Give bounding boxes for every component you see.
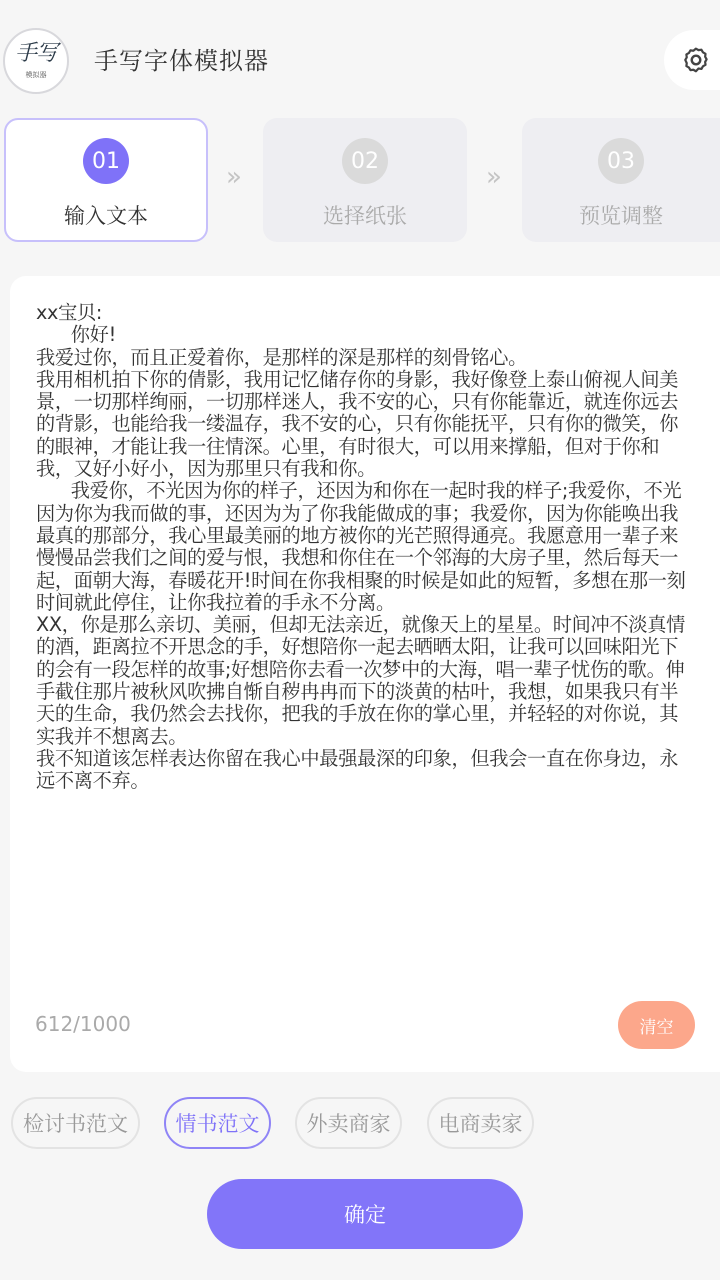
step-label: 输入文本 xyxy=(64,200,148,230)
step-preview-adjust[interactable]: 03 预览调整 xyxy=(522,118,720,242)
step-indicator: 01 输入文本 » 02 选择纸张 » 03 预览调整 xyxy=(0,118,720,242)
logo-subtext: 模拟器 xyxy=(26,70,47,80)
app-logo: 手写 模拟器 xyxy=(3,28,69,94)
double-chevron-right-icon: » xyxy=(474,162,514,192)
chip-love-letter[interactable]: 情书范文 xyxy=(164,1097,271,1149)
chip-food-delivery[interactable]: 外卖商家 xyxy=(295,1097,402,1149)
text-editor-card: xx宝贝: 你好! 我爱过你，而且正爱着你，是那样的深是那样的刻骨铭心。 我用相… xyxy=(10,276,720,1072)
app-header: 手写 模拟器 手写字体模拟器 xyxy=(0,0,720,110)
app-title: 手写字体模拟器 xyxy=(94,44,269,78)
character-counter: 612/1000 xyxy=(35,1012,131,1036)
step-label: 选择纸张 xyxy=(323,200,407,230)
step-number: 02 xyxy=(342,138,388,184)
step-input-text[interactable]: 01 输入文本 xyxy=(4,118,208,242)
step-label: 预览调整 xyxy=(579,200,663,230)
step-number: 01 xyxy=(83,138,129,184)
text-input-area[interactable]: xx宝贝: 你好! 我爱过你，而且正爱着你，是那样的深是那样的刻骨铭心。 我用相… xyxy=(36,302,696,992)
gear-icon xyxy=(680,44,712,76)
chip-ecommerce-seller[interactable]: 电商卖家 xyxy=(427,1097,534,1149)
step-number: 03 xyxy=(598,138,644,184)
template-chips: 检讨书范文 情书范文 外卖商家 电商卖家 xyxy=(0,1096,720,1150)
logo-text: 手写 xyxy=(15,42,57,66)
chip-self-criticism[interactable]: 检讨书范文 xyxy=(11,1097,140,1149)
double-chevron-right-icon: » xyxy=(214,162,254,192)
settings-button[interactable] xyxy=(664,30,720,90)
step-select-paper[interactable]: 02 选择纸张 xyxy=(263,118,467,242)
clear-button[interactable]: 清空 xyxy=(618,1001,695,1049)
confirm-button[interactable]: 确定 xyxy=(207,1179,523,1249)
